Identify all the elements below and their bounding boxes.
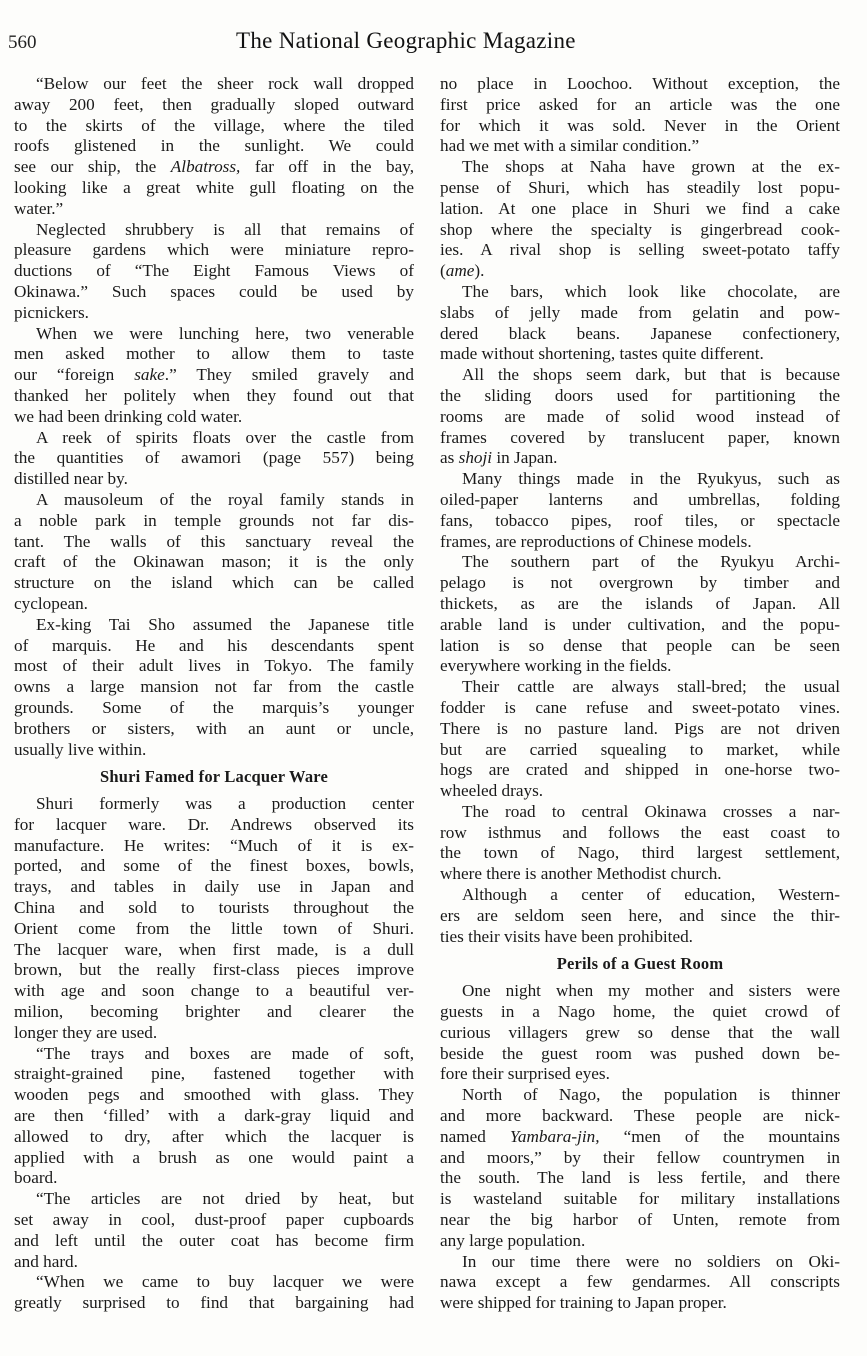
text-line: but are carried squealing to market, whi… [440, 740, 840, 761]
paragraph: The southern part of the Ryukyu Archi-pe… [440, 552, 840, 677]
page-header: 560 The National Geographic Magazine [8, 28, 858, 62]
text-line: is wasteland suitable for military insta… [440, 1189, 840, 1210]
text-line: we had been drinking cold water. [14, 407, 414, 428]
paragraph: One night when my mother and sisters wer… [440, 981, 840, 1085]
text-line: for lacquer ware. Dr. Andrews observed i… [14, 815, 414, 836]
text-line: first price asked for an article was the… [440, 95, 840, 116]
text-line: applied with a brush as one would paint … [14, 1148, 414, 1169]
text-line: ties their visits have been prohibited. [440, 927, 840, 948]
text-line: “Below our feet the sheer rock wall drop… [14, 74, 414, 95]
text-line: The bars, which look like chocolate, are [440, 282, 840, 303]
text-line: set away in cool, dust-proof paper cupbo… [14, 1210, 414, 1231]
text-line: shop where the specialty is gingerbread … [440, 220, 840, 241]
text-line: manufacture. He writes: “Much of it is e… [14, 836, 414, 857]
text-line: picnickers. [14, 303, 414, 324]
text-line: looking like a great white gull floating… [14, 178, 414, 199]
text-line: The shops at Naha have grown at the ex- [440, 157, 840, 178]
text-line: “The trays and boxes are made of soft, [14, 1044, 414, 1065]
text-line: greatly surprised to find that bargainin… [14, 1293, 414, 1314]
paragraph: Although a center of education, Western-… [440, 885, 840, 947]
text-line: structure on the island which can be cal… [14, 573, 414, 594]
text-line: trays, and tables in daily use in Japan … [14, 877, 414, 898]
paragraph: Their cattle are always stall-bred; the … [440, 677, 840, 802]
text-line: One night when my mother and sisters wer… [440, 981, 840, 1002]
text-line: A mausoleum of the royal family stands i… [14, 490, 414, 511]
running-title: The National Geographic Magazine [236, 28, 576, 54]
text-line: In our time there were no soldiers on Ok… [440, 1252, 840, 1273]
text-line: a noble park in temple grounds not far d… [14, 511, 414, 532]
text-line: everywhere working in the fields. [440, 656, 840, 677]
text-line: to the skirts of the village, where the … [14, 116, 414, 137]
text-line: A reek of spirits floats over the castle… [14, 428, 414, 449]
text-line: Orient come from the little town of Shur… [14, 919, 414, 940]
paragraph: A reek of spirits floats over the castle… [14, 428, 414, 490]
text-line: Many things made in the Ryukyus, such as [440, 469, 840, 490]
text-line: wheeled drays. [440, 781, 840, 802]
paragraph: Many things made in the Ryukyus, such as… [440, 469, 840, 552]
text-line: fodder is cane refuse and sweet-potato v… [440, 698, 840, 719]
text-line: row isthmus and follows the east coast t… [440, 823, 840, 844]
text-line: frames, are reproductions of Chinese mod… [440, 532, 840, 553]
text-line: and hard. [14, 1252, 414, 1273]
text-line: ported, and some of the finest boxes, bo… [14, 856, 414, 877]
text-line: pense of Shuri, which has steadily lost … [440, 178, 840, 199]
text-line: North of Nago, the population is thinner [440, 1085, 840, 1106]
text-line: milion, becoming brighter and clearer th… [14, 1002, 414, 1023]
text-line: the quantities of awamori (page 557) bei… [14, 448, 414, 469]
text-line: had we met with a similar condition.” [440, 136, 840, 157]
paragraph: Shuri formerly was a production centerfo… [14, 794, 414, 1044]
text-line: nawa except a few gendarmes. All conscri… [440, 1272, 840, 1293]
text-line: oiled-paper lanterns and umbrellas, fold… [440, 490, 840, 511]
text-line: “The articles are not dried by heat, but [14, 1189, 414, 1210]
text-line: “When we came to buy lacquer we were [14, 1272, 414, 1293]
text-line: longer they are used. [14, 1023, 414, 1044]
text-line: our “foreign sake.” They smiled gravely … [14, 365, 414, 386]
text-line: Neglected shrubbery is all that remains … [14, 220, 414, 241]
text-line: near the big harbor of Unten, remote fro… [440, 1210, 840, 1231]
text-line: Ex-king Tai Sho assumed the Japanese tit… [14, 615, 414, 636]
text-line: with age and soon change to a beautiful … [14, 981, 414, 1002]
text-line: where there is another Methodist church. [440, 864, 840, 885]
paragraph: In our time there were no soldiers on Ok… [440, 1252, 840, 1314]
paragraph: Neglected shrubbery is all that remains … [14, 220, 414, 324]
text-line: rooms are made of solid wood instead of [440, 407, 840, 428]
text-line: away 200 feet, then gradually sloped out… [14, 95, 414, 116]
section-heading: Perils of a Guest Room [440, 954, 840, 975]
text-line: All the shops seem dark, but that is bec… [440, 365, 840, 386]
text-line: The southern part of the Ryukyu Archi- [440, 552, 840, 573]
text-line: are then ‘filled’ with a dark-gray liqui… [14, 1106, 414, 1127]
text-line: wooden pegs and smoothed with glass. The… [14, 1085, 414, 1106]
text-line: thanked her politely when they found out… [14, 386, 414, 407]
paragraph: The bars, which look like chocolate, are… [440, 282, 840, 365]
text-line: roofs glistened in the sunlight. We coul… [14, 136, 414, 157]
left-column: “Below our feet the sheer rock wall drop… [14, 74, 414, 1314]
text-line: lation. At one place in Shuri we find a … [440, 199, 840, 220]
text-line: ers are seldom seen here, and since the … [440, 906, 840, 927]
text-line: made without shortening, tastes quite di… [440, 344, 840, 365]
text-line: Their cattle are always stall-bred; the … [440, 677, 840, 698]
text-line: were shipped for training to Japan prope… [440, 1293, 840, 1314]
text-line: Okinawa.” Such spaces could be used by [14, 282, 414, 303]
text-line: the town of Nago, third largest settleme… [440, 843, 840, 864]
text-line: cyclopean. [14, 594, 414, 615]
text-line: brothers or sisters, with an aunt or unc… [14, 719, 414, 740]
text-line: beside the guest room was pushed down be… [440, 1044, 840, 1065]
text-line: arable land is under cultivation, and th… [440, 615, 840, 636]
right-column: no place in Loochoo. Without exception, … [440, 74, 840, 1314]
paragraph: “The articles are not dried by heat, but… [14, 1189, 414, 1272]
text-line: Shuri formerly was a production center [14, 794, 414, 815]
text-line: and more backward. These people are nick… [440, 1106, 840, 1127]
text-line: any large population. [440, 1231, 840, 1252]
text-line: no place in Loochoo. Without exception, … [440, 74, 840, 95]
paragraph: All the shops seem dark, but that is bec… [440, 365, 840, 469]
text-line: China and sold to tourists throughout th… [14, 898, 414, 919]
text-line: ies. A rival shop is selling sweet-potat… [440, 240, 840, 261]
paragraph: “Below our feet the sheer rock wall drop… [14, 74, 414, 220]
text-line: the south. The land is less fertile, and… [440, 1168, 840, 1189]
text-line: for which it was sold. Never in the Orie… [440, 116, 840, 137]
text-line: brown, but the really first-class pieces… [14, 960, 414, 981]
text-line: allowed to dry, after which the lacquer … [14, 1127, 414, 1148]
text-line: (ame). [440, 261, 840, 282]
text-line: most of their adult lives in Tokyo. The … [14, 656, 414, 677]
text-line: usually live within. [14, 740, 414, 761]
text-line: lation is so dense that people can be se… [440, 636, 840, 657]
text-line: Although a center of education, Western- [440, 885, 840, 906]
paragraph: “When we came to buy lacquer we weregrea… [14, 1272, 414, 1314]
text-line: craft of the Okinawan mason; it is the o… [14, 552, 414, 573]
text-line: distilled near by. [14, 469, 414, 490]
text-line: hogs are crated and shipped in one-horse… [440, 760, 840, 781]
section-heading: Shuri Famed for Lacquer Ware [14, 767, 414, 788]
text-line: and left until the outer coat has become… [14, 1231, 414, 1252]
text-line: owns a large mansion not far from the ca… [14, 677, 414, 698]
text-line: There is no pasture land. Pigs are not d… [440, 719, 840, 740]
text-line: thickets, as are the islands of Japan. A… [440, 594, 840, 615]
paragraph: “The trays and boxes are made of soft,st… [14, 1044, 414, 1190]
text-line: When we were lunching here, two venerabl… [14, 324, 414, 345]
paragraph: The road to central Okinawa crosses a na… [440, 802, 840, 885]
text-line: of marquis. He and his descendants spent [14, 636, 414, 657]
text-line: men asked mother to allow them to taste [14, 344, 414, 365]
paragraph: The shops at Naha have grown at the ex-p… [440, 157, 840, 282]
text-line: straight-grained pine, fastened together… [14, 1064, 414, 1085]
text-line: ductions of “The Eight Famous Views of [14, 261, 414, 282]
text-line: The lacquer ware, when first made, is a … [14, 940, 414, 961]
text-line: pelago is not overgrown by timber and [440, 573, 840, 594]
page-number: 560 [8, 32, 37, 54]
text-line: water.” [14, 199, 414, 220]
paragraph: no place in Loochoo. Without exception, … [440, 74, 840, 157]
paragraph: When we were lunching here, two venerabl… [14, 324, 414, 428]
text-line: board. [14, 1168, 414, 1189]
text-line: tant. The walls of this sanctuary reveal… [14, 532, 414, 553]
text-line: curious villagers grew so dense that the… [440, 1023, 840, 1044]
text-line: named Yambara-jin, “men of the mountains [440, 1127, 840, 1148]
text-line: the sliding doors used for partitioning … [440, 386, 840, 407]
paragraph: North of Nago, the population is thinner… [440, 1085, 840, 1251]
paragraph: A mausoleum of the royal family stands i… [14, 490, 414, 615]
text-line: see our ship, the Albatross, far off in … [14, 157, 414, 178]
paragraph: Ex-king Tai Sho assumed the Japanese tit… [14, 615, 414, 761]
text-line: fans, tobacco pipes, roof tiles, or spec… [440, 511, 840, 532]
text-line: The road to central Okinawa crosses a na… [440, 802, 840, 823]
text-line: grounds. Some of the marquis’s younger [14, 698, 414, 719]
text-line: and moors,” by their fellow countrymen i… [440, 1148, 840, 1169]
text-line: fore their surprised eyes. [440, 1064, 840, 1085]
text-line: frames covered by translucent paper, kno… [440, 428, 840, 449]
text-line: pleasure gardens which were miniature re… [14, 240, 414, 261]
text-line: as shoji in Japan. [440, 448, 840, 469]
text-line: guests in a Nago home, the quiet crowd o… [440, 1002, 840, 1023]
text-line: dered black beans. Japanese confectioner… [440, 324, 840, 345]
text-line: slabs of jelly made from gelatin and pow… [440, 303, 840, 324]
